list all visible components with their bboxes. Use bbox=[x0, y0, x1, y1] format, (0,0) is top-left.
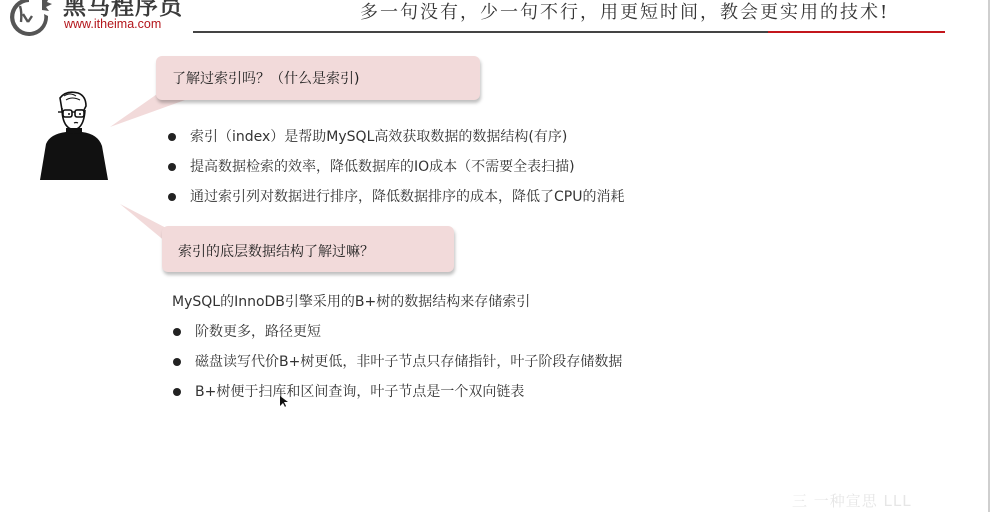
header-rule-red bbox=[768, 31, 945, 33]
bullet-icon bbox=[168, 193, 176, 201]
list-item: 索引（index）是帮助MySQL高效获取数据的数据结构(有序) bbox=[168, 127, 624, 157]
list-item: 阶数更多，路径更短 bbox=[173, 322, 622, 352]
brand-url: www.itheima.com bbox=[64, 17, 161, 31]
bullet-icon bbox=[168, 133, 176, 141]
list-item: B+树便于扫库和区间查询，叶子节点是一个双向链表 bbox=[173, 382, 622, 412]
person-with-glasses-icon bbox=[36, 88, 110, 184]
list-item-text: 索引（index）是帮助MySQL高效获取数据的数据结构(有序) bbox=[190, 129, 567, 145]
bullet-icon bbox=[173, 388, 181, 396]
bplus-tree-intro: MySQL的InnoDB引擎采用的B+树的数据结构来存储索引 bbox=[172, 292, 530, 312]
list-item: 提高数据检索的效率，降低数据库的IO成本（不需要全表扫描) bbox=[168, 157, 624, 187]
list-item: 通过索引列对数据进行排序，降低数据排序的成本，降低了CPU的消耗 bbox=[168, 187, 624, 217]
list-item-text: 阶数更多，路径更短 bbox=[195, 324, 321, 340]
bubble-2-text: 索引的底层数据结构了解过嘛？ bbox=[178, 241, 374, 261]
speech-bubble-question-1: 了解过索引吗？（什么是索引) bbox=[156, 56, 480, 100]
slogan: 多一句没有，少一句不行，用更短时间，教会更实用的技术! bbox=[360, 2, 889, 24]
bubble-1-text: 了解过索引吗？（什么是索引) bbox=[172, 68, 359, 88]
list-item-text: B+树便于扫库和区间查询，叶子节点是一个双向链表 bbox=[195, 384, 524, 400]
header-rule-dark bbox=[193, 31, 768, 33]
speech-bubble-question-2: 索引的底层数据结构了解过嘛？ bbox=[162, 226, 454, 272]
bplus-tree-advantages-list: 阶数更多，路径更短 磁盘读写代价B+树更低，非叶子节点只存储指针，叶子阶段存储数… bbox=[173, 322, 622, 412]
list-item: 磁盘读写代价B+树更低，非叶子节点只存储指针，叶子阶段存储数据 bbox=[173, 352, 622, 382]
watermark: 三 一种宣思 LLL bbox=[792, 490, 912, 511]
list-item-text: 磁盘读写代价B+树更低，非叶子节点只存储指针，叶子阶段存储数据 bbox=[195, 354, 622, 370]
speech-bubble-tails bbox=[0, 0, 990, 512]
bullet-icon bbox=[173, 328, 181, 336]
slide: 黑马程序员 www.itheima.com 多一句没有，少一句不行，用更短时间，… bbox=[0, 0, 990, 512]
itheima-horse-logo-icon bbox=[4, 0, 54, 36]
bullet-icon bbox=[168, 163, 176, 171]
mouse-cursor-icon bbox=[280, 396, 288, 408]
list-item-text: 通过索引列对数据进行排序，降低数据排序的成本，降低了CPU的消耗 bbox=[190, 189, 624, 205]
index-definition-list: 索引（index）是帮助MySQL高效获取数据的数据结构(有序) 提高数据检索的… bbox=[168, 127, 624, 217]
list-item-text: 提高数据检索的效率，降低数据库的IO成本（不需要全表扫描) bbox=[190, 159, 575, 175]
bullet-icon bbox=[173, 358, 181, 366]
